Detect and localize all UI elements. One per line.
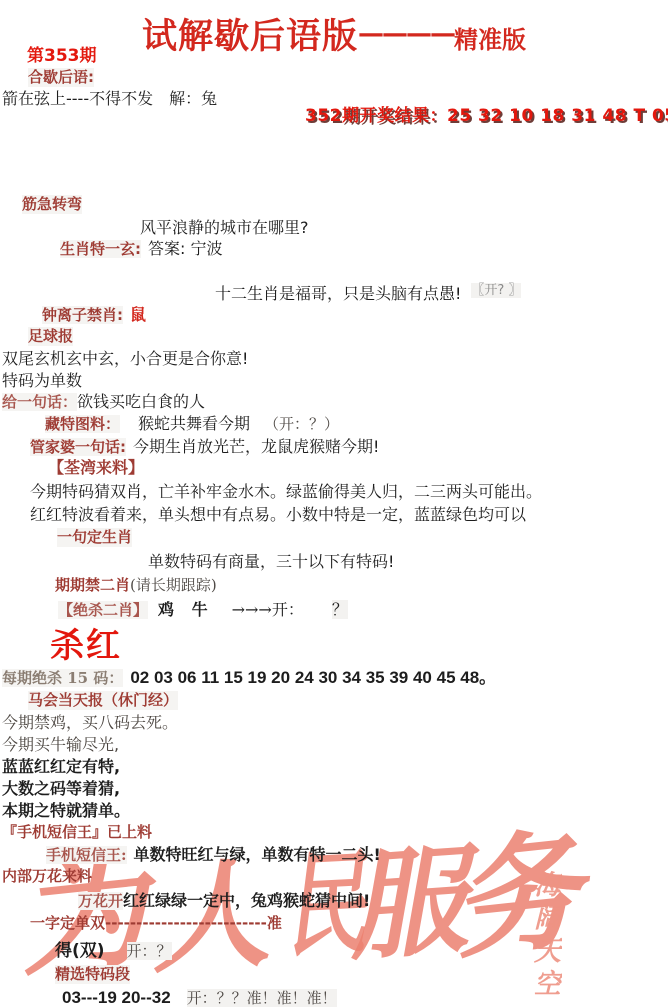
selected-segment-label: 精选特码段 [55, 965, 130, 984]
hidden-code-value: 猴蛇共舞看今期 [138, 414, 250, 433]
one-sentence-label: 一句定生肖 [57, 528, 132, 547]
quanwan-line-1: 今期特码猜双肖，亡羊补牢金水木。绿蓝偷得美人归，二三两头可能出。 [30, 482, 542, 502]
kill-codes-label: 每期绝杀 15 码： [2, 669, 123, 687]
page-title-main: 试解歇后语版 [142, 17, 358, 57]
mahui-line-5: 本期之特就猜单。 [2, 801, 130, 821]
hidden-code-line: 藏特图料：猴蛇共舞看今期（开：？） [45, 414, 339, 434]
teaser-answer-label: 生肖特一玄: [60, 240, 141, 258]
zodiac-hint-line: 十二生肖是福哥，只是头脑有点愚!〖开? 〗 [215, 283, 521, 304]
wanhua-text: 红红绿绿一定中，兔鸡猴蛇猜中间! [123, 891, 370, 910]
kill-codes-line: 每期绝杀 15 码：02 03 06 11 15 19 20 24 30 34 … [2, 667, 496, 688]
ban-zodiac-line: 钟离子禁肖:鼠 [42, 305, 146, 325]
quanwan-label: 【荃湾来料】 [48, 458, 144, 478]
housekeeper-label: 管家婆一句话: [30, 438, 126, 456]
result-odd-even-open: 开：？ [127, 942, 172, 960]
mahui-report-label: 马会当天报（休门经） [28, 691, 178, 710]
sms-king-label: 手机短信王: [46, 846, 127, 864]
football-report-label: 足球报 [28, 327, 73, 346]
sms-king-line: 手机短信王:单数特旺红与绿，单数有特一二头! [46, 845, 381, 865]
issue-number: 第353期 [27, 46, 97, 67]
riddle-line: 箭在弦上----不得不发 解：兔 [2, 89, 217, 109]
forbid-two-zodiac-label: 期期禁二肖 [55, 576, 130, 594]
mahui-line-1: 今期禁鸡，买八码去死。 [2, 713, 178, 733]
ban-zodiac-value: 鼠 [130, 305, 146, 324]
wanhua-label: 万花开 [78, 892, 123, 910]
riddle-section-label: 合歇后语: [28, 68, 94, 87]
mahui-line-3: 蓝蓝红红定有特, [2, 757, 120, 777]
hidden-code-open: （开：？） [264, 415, 339, 433]
selected-segment-range: 03---19 20--32 [62, 988, 171, 1007]
football-line-2: 特码为单数 [2, 371, 82, 391]
phrase-text: 欲钱买吃白食的人 [77, 392, 205, 411]
one-sentence-text: 单数特码有商量，三十以下有特码! [148, 552, 394, 572]
zodiac-open-bracket: 〖开? 〗 [471, 283, 521, 298]
tip-sheet-page: 为 人 民 服 务 海阔天空 试解歇后语版————精准版 第353期 合歇后语:… [0, 0, 668, 1008]
previous-draw-result: 352期开奖结果：25 32 10 18 31 48 T 05 [305, 106, 668, 127]
teaser-question: 风平浪静的城市在哪里? [140, 218, 309, 238]
quanwan-line-2: 红红特波看着来，单头想中有点易。小数中特是一定，蓝蓝绿色均可以 [30, 505, 526, 525]
kill-animals: 鸡 牛 [158, 600, 214, 619]
mahui-line-4: 大数之码等着猜, [2, 779, 120, 799]
housekeeper-line: 管家婆一句话:今期生肖放光芒，龙鼠虎猴赌今期! [30, 437, 379, 457]
hidden-code-label: 藏特图料： [45, 415, 120, 433]
result-odd-even-line: 得(双)开：？ [55, 941, 172, 962]
ban-zodiac-label: 钟离子禁肖: [42, 306, 123, 324]
selected-segment-open: 开：？？准！准！准！ [187, 989, 337, 1007]
kill-red-title: 杀红 [50, 625, 122, 668]
page-title-dashes: ———— [358, 19, 454, 49]
brain-teaser-label: 筋急转弯 [22, 195, 82, 214]
watermark-char-wu: 务 [446, 826, 587, 967]
kill-arrows-open: →→→开： [232, 600, 304, 619]
kill-codes-values: 02 03 06 11 15 19 20 24 30 34 35 39 40 4… [130, 668, 496, 687]
phrase-label: 给一句话： [2, 393, 77, 411]
sms-king-header: 『手机短信王』已上料 [2, 823, 152, 842]
page-title: 试解歇后语版————精准版 [0, 16, 668, 60]
teaser-answer-line: 生肖特一玄:答案: 宁波 [60, 239, 222, 259]
forbid-two-zodiac-note: (请长期跟踪) [130, 576, 217, 594]
wanhua-header: 内部万花来料 [2, 867, 92, 886]
page-title-suffix: 精准版 [454, 26, 526, 54]
selected-segment-line: 03---19 20--32开：？？准！准！准！ [62, 987, 337, 1008]
result-odd-even-label: 得(双) [55, 941, 105, 961]
mahui-line-2: 今期买牛输尽光, [2, 735, 119, 755]
phrase-line: 给一句话：欲钱买吃白食的人 [2, 392, 205, 412]
housekeeper-text: 今期生肖放光芒，龙鼠虎猴赌今期! [133, 437, 379, 456]
teaser-answer-value: 答案: 宁波 [148, 239, 222, 258]
watermark-vertical-haikuotiankong: 海阔天空 [531, 870, 558, 1002]
kill-two-zodiac-line: 【绝杀二肖】鸡 牛→→→开：？ [58, 600, 348, 620]
forbid-two-zodiac-line: 期期禁二肖(请长期跟踪) [55, 575, 217, 595]
wanhua-line: 万花开红红绿绿一定中，兔鸡猴蛇猜中间! [78, 891, 370, 911]
football-line-1: 双尾玄机玄中玄，小合更是合你意! [2, 349, 248, 369]
one-word-odd-even-line: 一字定单双--------------------------准 [30, 914, 282, 933]
kill-two-zodiac-label: 【绝杀二肖】 [58, 601, 148, 619]
kill-result: ？ [332, 600, 348, 619]
sms-king-text: 单数特旺红与绿，单数有特一二头! [134, 845, 381, 864]
zodiac-hint-text: 十二生肖是福哥，只是头脑有点愚! [215, 284, 461, 303]
